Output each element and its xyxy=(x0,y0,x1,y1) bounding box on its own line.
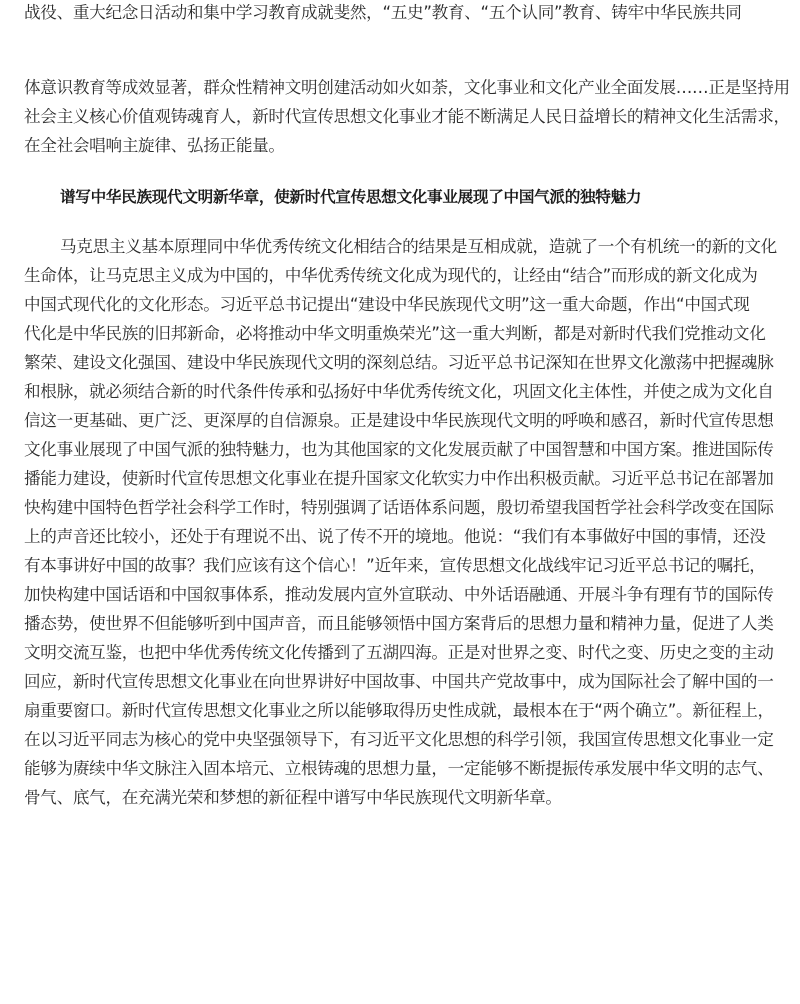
text-line: 信这一更基础、更广泛、更深厚的自信源泉。正是建设中华民族现代文明的呼唤和感召，新… xyxy=(24,410,776,432)
section-heading: 谱写中华民族现代文明新华章，使新时代宣传思想文化事业展现了中国气派的独特魅力 xyxy=(60,186,641,208)
text-line: 和根脉，就必须结合新的时代条件传承和弘扬好中华优秀传统文化，巩固文化主体性，并使… xyxy=(24,381,776,403)
text-line: 在以习近平同志为核心的党中央坚强领导下，有习近平文化思想的科学引领，我国宣传思想… xyxy=(24,729,776,751)
text-line: 骨气、底气，在充满光荣和梦想的新征程中谱写中华民族现代文明新华章。 xyxy=(24,787,776,809)
text-line: 战役、重大纪念日活动和集中学习教育成就斐然，“五史”教育、“五个认同”教育、铸牢… xyxy=(24,2,776,24)
text-line: 扇重要窗口。新时代宣传思想文化事业之所以能够取得历史性成就，最根本在于“两个确立… xyxy=(24,700,776,722)
text-line: 代化是中华民族的旧邦新命，必将推动中华文明重焕荣光”这一重大判断，都是对新时代我… xyxy=(24,323,776,345)
text-line: 上的声音还比较小，还处于有理说不出、说了传不开的境地。他说：“我们有本事做好中国… xyxy=(24,526,776,548)
text-line: 中国式现代化的文化形态。习近平总书记提出“建设中华民族现代文明”这一重大命题，作… xyxy=(24,294,776,316)
text-line: 文化事业展现了中国气派的独特魅力，也为其他国家的文化发展贡献了中国智慧和中国方案… xyxy=(24,439,776,461)
text-line: 生命体，让马克思主义成为中国的，中华优秀传统文化成为现代的，让经由“结合”而形成… xyxy=(24,265,776,287)
text-line: 播态势，使世界不但能够听到中国声音，而且能够领悟中国方案背后的思想力量和精神力量… xyxy=(24,613,776,635)
text-line: 能够为赓续中华文脉注入固本培元、立根铸魂的思想力量，一定能够不断提振传承发展中华… xyxy=(24,758,776,780)
text-line: 回应，新时代宣传思想文化事业在向世界讲好中国故事、中国共产党故事中，成为国际社会… xyxy=(24,671,776,693)
text-line: 文明交流互鉴，也把中华优秀传统文化传播到了五湖四海。正是对世界之变、时代之变、历… xyxy=(24,642,776,664)
text-line: 马克思主义基本原理同中华优秀传统文化相结合的结果是互相成就，造就了一个有机统一的… xyxy=(60,236,776,258)
text-line: 播能力建设，使新时代宣传思想文化事业在提升国家文化软实力中作出积极贡献。习近平总… xyxy=(24,468,776,490)
text-line: 体意识教育等成效显著，群众性精神文明创建活动如火如荼，文化事业和文化产业全面发展… xyxy=(24,77,776,99)
text-line: 加快构建中国话语和中国叙事体系，推动发展内宣外宣联动、中外话语融通、开展斗争有理… xyxy=(24,584,776,606)
text-line: 快构建中国特色哲学社会科学工作时，特别强调了话语体系问题，殷切希望我国哲学社会科… xyxy=(24,497,776,519)
text-line: 在全社会唱响主旋律、弘扬正能量。 xyxy=(24,135,776,157)
text-line: 社会主义核心价值观铸魂育人，新时代宣传思想文化事业才能不断满足人民日益增长的精神… xyxy=(24,106,776,128)
text-line: 繁荣、建设文化强国、建设中华民族现代文明的深刻总结。习近平总书记深知在世界文化激… xyxy=(24,352,776,374)
text-line: 有本事讲好中国的故事？我们应该有这个信心！”近年来，宣传思想文化战线牢记习近平总… xyxy=(24,555,776,577)
